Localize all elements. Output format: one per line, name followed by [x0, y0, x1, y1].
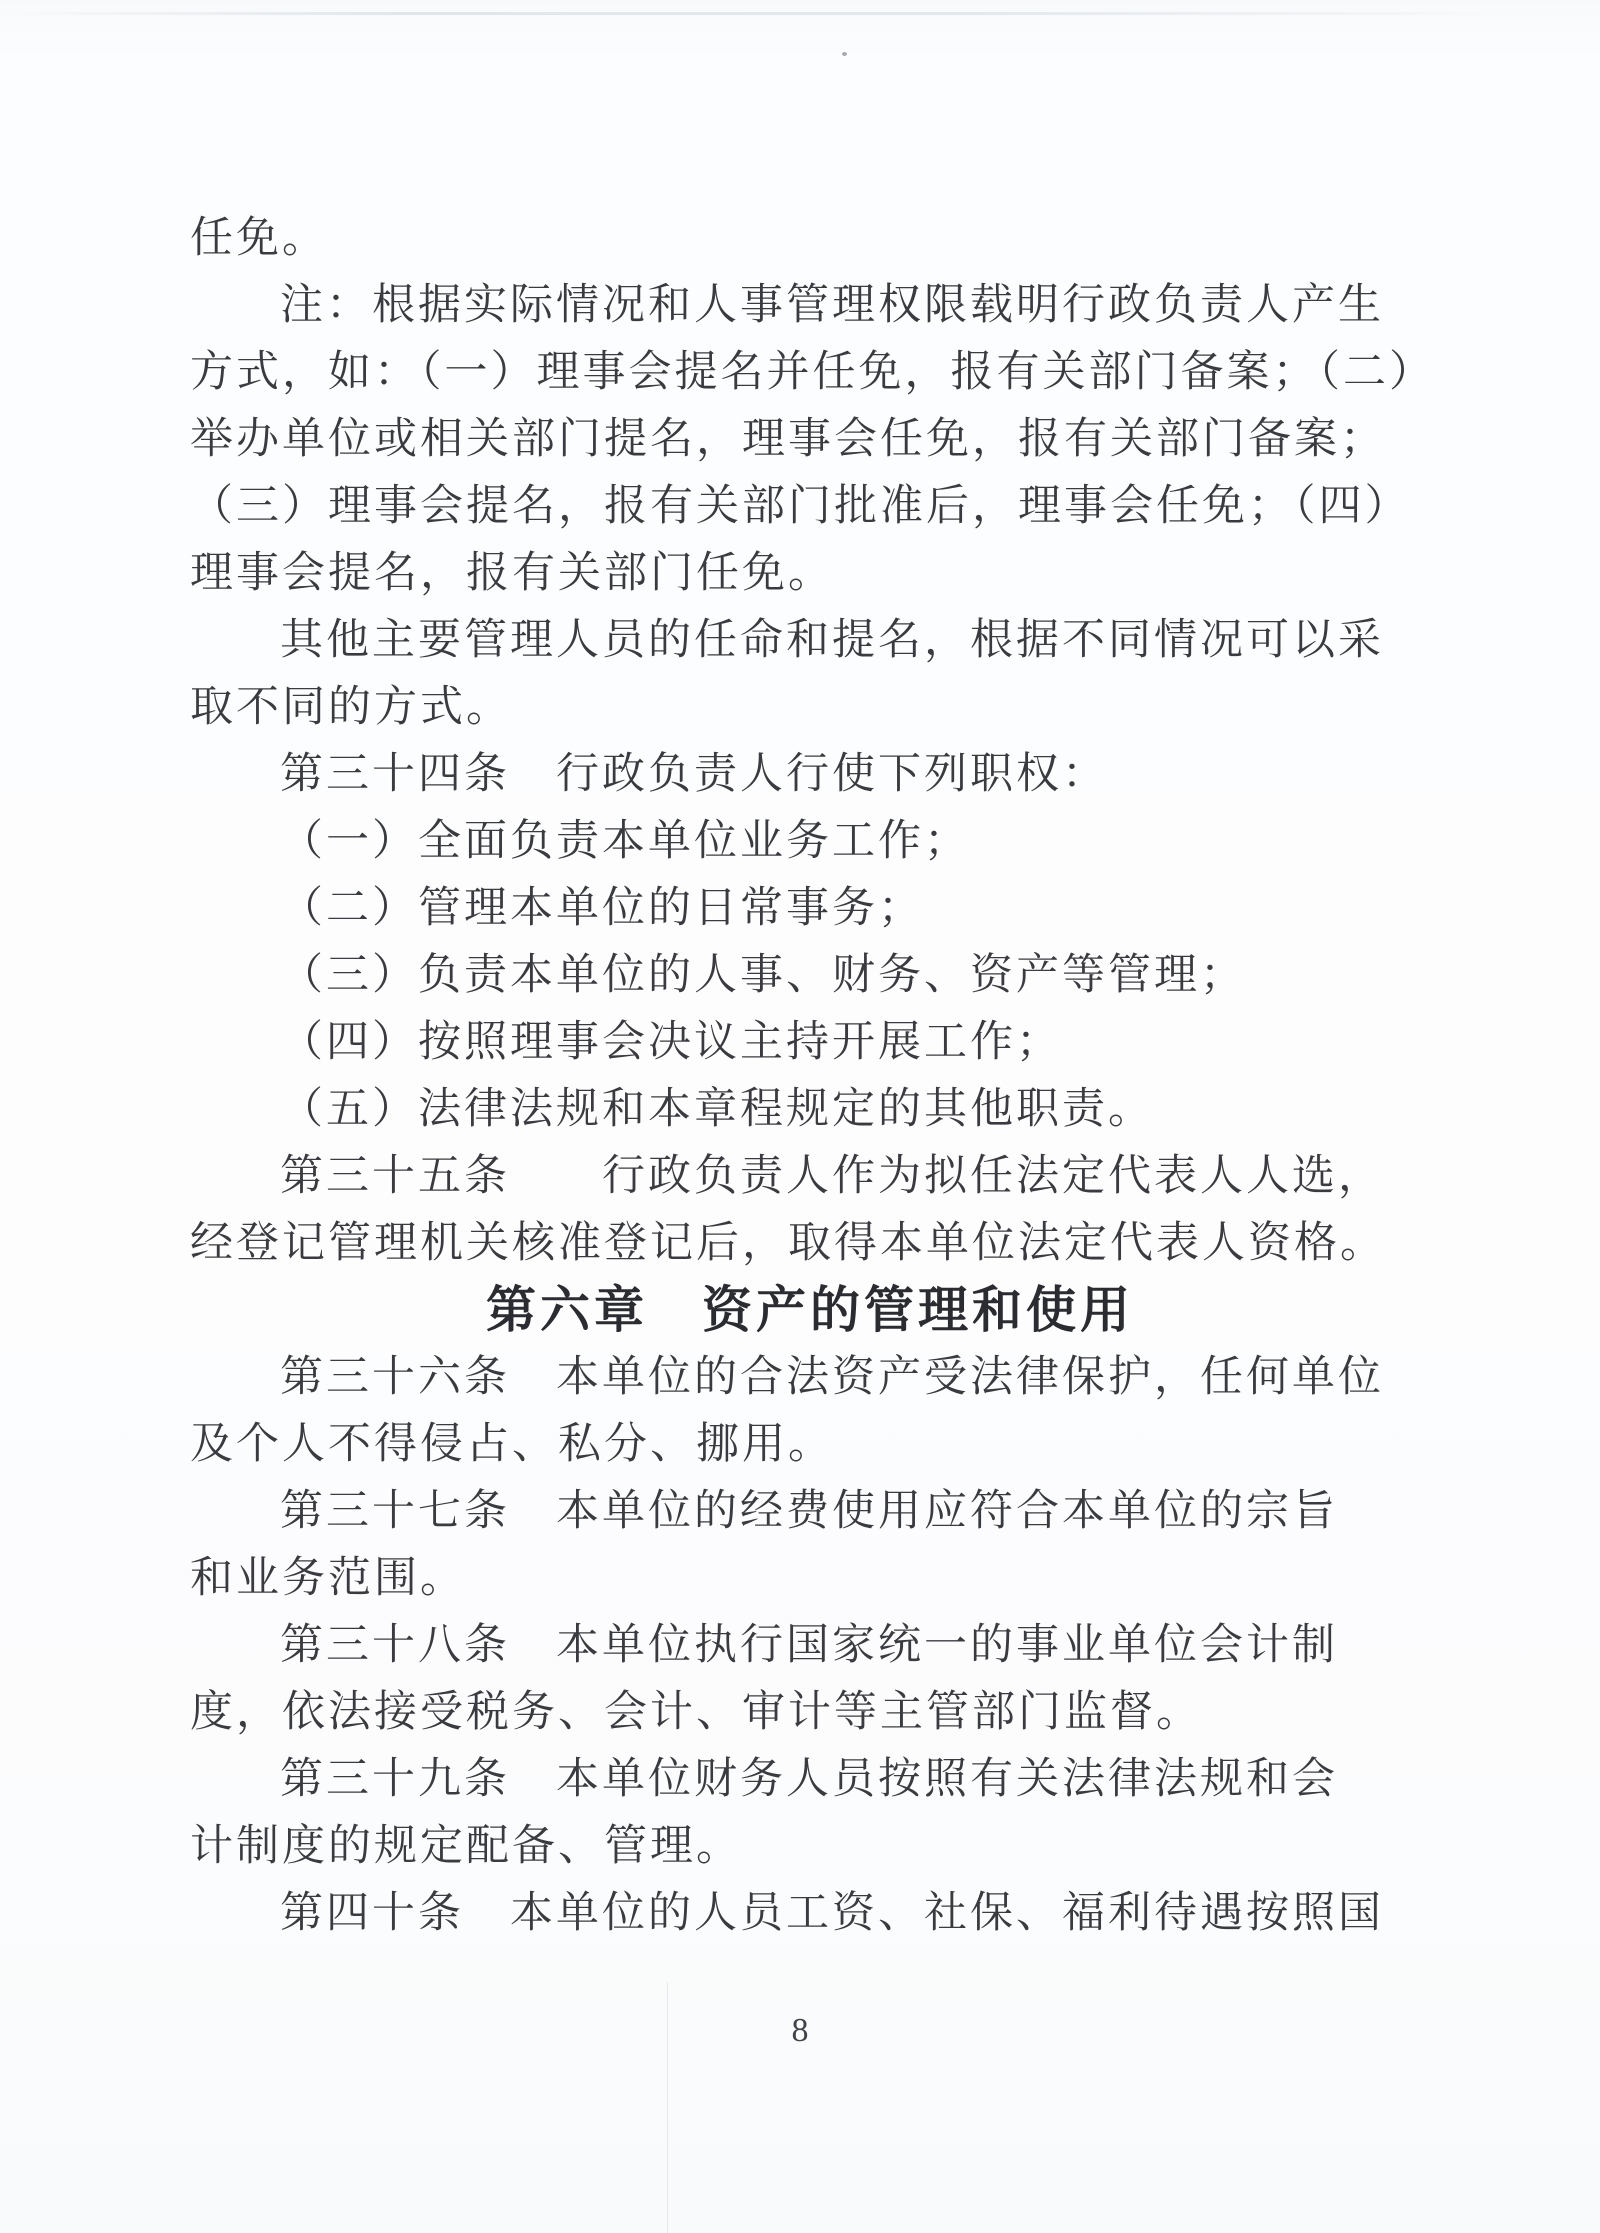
- text-line: 计制度的规定配备、管理。: [190, 1813, 1430, 1880]
- list-item: （一）全面负责本单位业务工作；: [190, 808, 1430, 875]
- text-line: 及个人不得侵占、私分、挪用。: [190, 1411, 1430, 1478]
- page-number: 8: [0, 2012, 1600, 2050]
- text-line: 取不同的方式。: [190, 674, 1430, 741]
- text-line: 注：根据实际情况和人事管理权限载明行政负责人产生: [190, 272, 1430, 339]
- article-39-line: 第三十九条 本单位财务人员按照有关法律法规和会: [190, 1746, 1430, 1813]
- article-36-line: 第三十六条 本单位的合法资产受法律保护，任何单位: [190, 1344, 1430, 1411]
- text-line: 度，依法接受税务、会计、审计等主管部门监督。: [190, 1679, 1430, 1746]
- list-item: （五）法律法规和本章程规定的其他职责。: [190, 1076, 1430, 1143]
- document-body: 任免。 注：根据实际情况和人事管理权限载明行政负责人产生 方式，如：（一）理事会…: [190, 205, 1430, 1947]
- article-35-line: 第三十五条 行政负责人作为拟任法定代表人人选，: [190, 1143, 1430, 1210]
- text-line: 举办单位或相关部门提名，理事会任免，报有关部门备案；: [190, 406, 1430, 473]
- list-item: （四）按照理事会决议主持开展工作；: [190, 1009, 1430, 1076]
- article-37-line: 第三十七条 本单位的经费使用应符合本单位的宗旨: [190, 1478, 1430, 1545]
- text-line: 经登记管理机关核准登记后，取得本单位法定代表人资格。: [190, 1210, 1430, 1277]
- list-item: （三）负责本单位的人事、财务、资产等管理；: [190, 942, 1430, 1009]
- text-line: （三）理事会提名，报有关部门批准后，理事会任免；（四）: [190, 473, 1430, 540]
- list-item: （二）管理本单位的日常事务；: [190, 875, 1430, 942]
- scan-speck-icon: [842, 52, 847, 56]
- scan-artifact-vertical-crease: [667, 1982, 668, 2233]
- text-line: 方式，如：（一）理事会提名并任免，报有关部门备案；（二）: [190, 339, 1430, 406]
- scan-artifact-top-streak: [0, 12, 1600, 15]
- article-40-line: 第四十条 本单位的人员工资、社保、福利待遇按照国: [190, 1880, 1430, 1947]
- article-38-line: 第三十八条 本单位执行国家统一的事业单位会计制: [190, 1612, 1430, 1679]
- text-line: 其他主要管理人员的任命和提名，根据不同情况可以采: [190, 607, 1430, 674]
- text-line: 和业务范围。: [190, 1545, 1430, 1612]
- document-page: 任免。 注：根据实际情况和人事管理权限载明行政负责人产生 方式，如：（一）理事会…: [0, 0, 1600, 2233]
- text-line: 理事会提名，报有关部门任免。: [190, 540, 1430, 607]
- article-34-line: 第三十四条 行政负责人行使下列职权：: [190, 741, 1430, 808]
- text-line: 任免。: [190, 205, 1430, 272]
- chapter-heading: 第六章 资产的管理和使用: [190, 1277, 1430, 1344]
